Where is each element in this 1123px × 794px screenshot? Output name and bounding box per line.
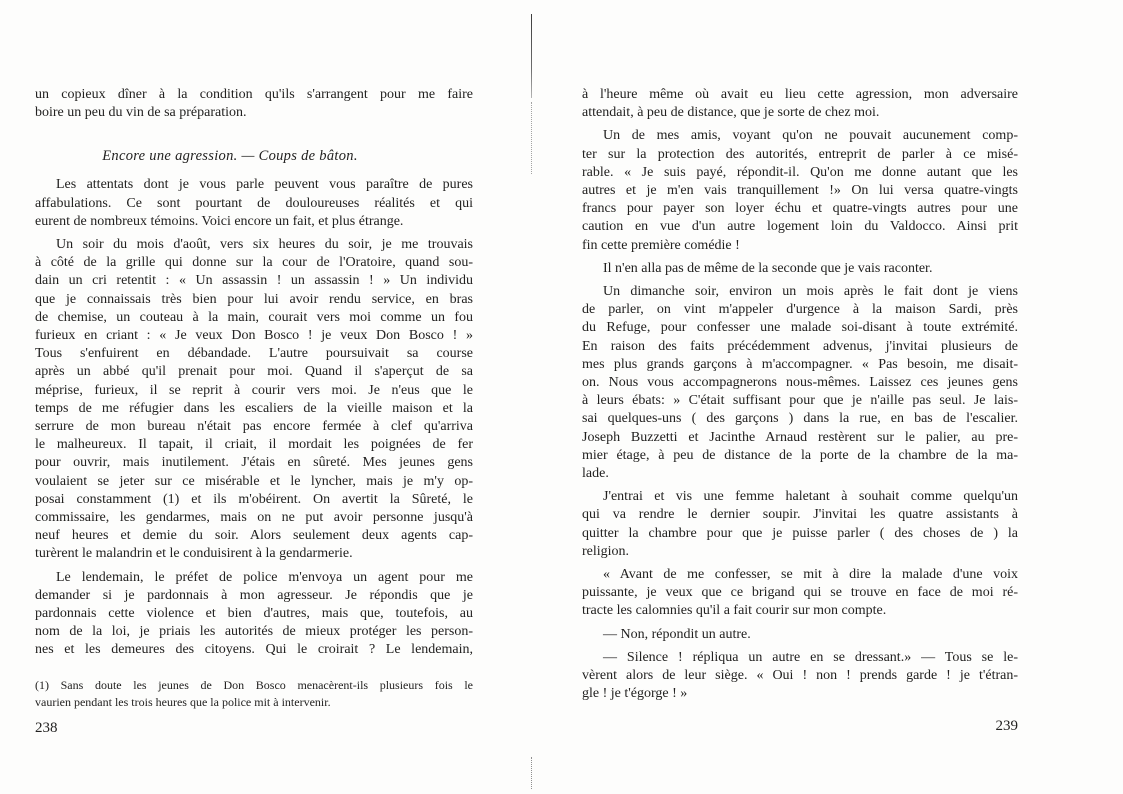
page-number-right: 239 xyxy=(582,718,1018,735)
body-paragraph: — Non, répondit un autre. xyxy=(582,626,1018,644)
body-paragraph: à l'heure même où avait eu lieu cette ag… xyxy=(582,86,1018,122)
footnote: (1) Sans doute les jeunes de Don Bosco m… xyxy=(35,677,473,711)
body-paragraph: un copieux dîner à la condition qu'ils s… xyxy=(35,86,473,122)
page-gutter-line xyxy=(531,14,532,98)
right-page: à l'heure même où avait eu lieu cette ag… xyxy=(582,86,1018,735)
body-paragraph: — Silence ! répliqua un autre en se dres… xyxy=(582,649,1018,704)
page-gutter-dotted-line xyxy=(531,102,532,174)
body-paragraph: Il n'en alla pas de même de la seconde q… xyxy=(582,260,1018,278)
left-page: un copieux dîner à la condition qu'ils s… xyxy=(35,86,473,737)
page-number-left: 238 xyxy=(35,720,473,737)
section-heading: Encore une agression. — Coups de bâton. xyxy=(35,147,473,166)
body-paragraph: Un dimanche soir, environ un mois après … xyxy=(582,283,1018,483)
body-paragraph: Un soir du mois d'août, vers six heures … xyxy=(35,236,473,564)
body-paragraph: J'entrai et vis une femme haletant à sou… xyxy=(582,488,1018,561)
body-paragraph: « Avant de me confesser, se mit à dire l… xyxy=(582,566,1018,621)
page-gutter-dotted-line-bottom xyxy=(531,757,532,789)
body-paragraph: Les attentats dont je vous parle peuvent… xyxy=(35,176,473,231)
body-paragraph: Le lendemain, le préfet de police m'envo… xyxy=(35,569,473,660)
body-paragraph: Un de mes amis, voyant qu'on ne pouvait … xyxy=(582,127,1018,254)
